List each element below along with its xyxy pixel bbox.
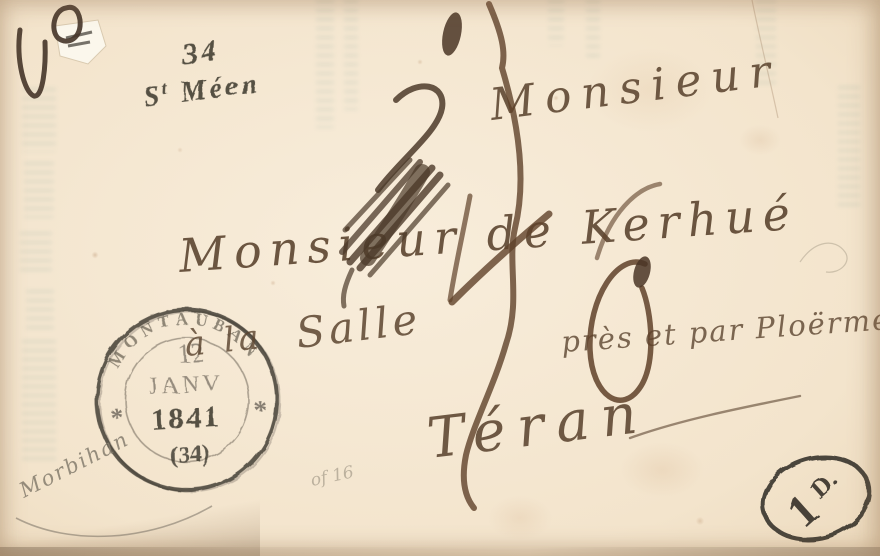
origin-handstamp: 34 St Méen	[136, 27, 261, 113]
address-line3b: Salle	[293, 294, 424, 358]
datestamp-right-ornament: *	[253, 395, 267, 425]
datestamp-month: JANV	[148, 370, 224, 399]
pencil-department-note: Morbihan	[14, 427, 133, 503]
handstamp-town-rest: Méen	[168, 67, 261, 110]
pencil-note: of 16	[309, 462, 356, 491]
handstamp-town: St Méen	[141, 67, 261, 113]
decime-oval-stamp: 1 D.	[753, 445, 879, 552]
datestamp-year: 1841	[150, 398, 222, 437]
letter-cover: MONTAUBAN * * 12 JANV 1841 (34) 34 St Mé…	[0, 0, 880, 556]
address-destination: Téran	[424, 380, 653, 472]
markings-layer: MONTAUBAN * * 12 JANV 1841 (34) 34 St Mé…	[0, 0, 880, 556]
address-salutation: Monsieur	[486, 45, 783, 131]
decime-oval-letter: D.	[804, 464, 844, 504]
address-line3c: près et par Ploërmel	[560, 301, 880, 359]
datestamp-department: (34)	[169, 441, 210, 469]
handwriting-flourish	[630, 396, 800, 438]
handstamp-number: 34	[178, 32, 222, 72]
faint-pencil-squiggle	[800, 243, 847, 272]
pencil-underline	[16, 506, 212, 536]
address-line3a: à la	[183, 317, 265, 365]
ink-scribble	[342, 86, 448, 306]
